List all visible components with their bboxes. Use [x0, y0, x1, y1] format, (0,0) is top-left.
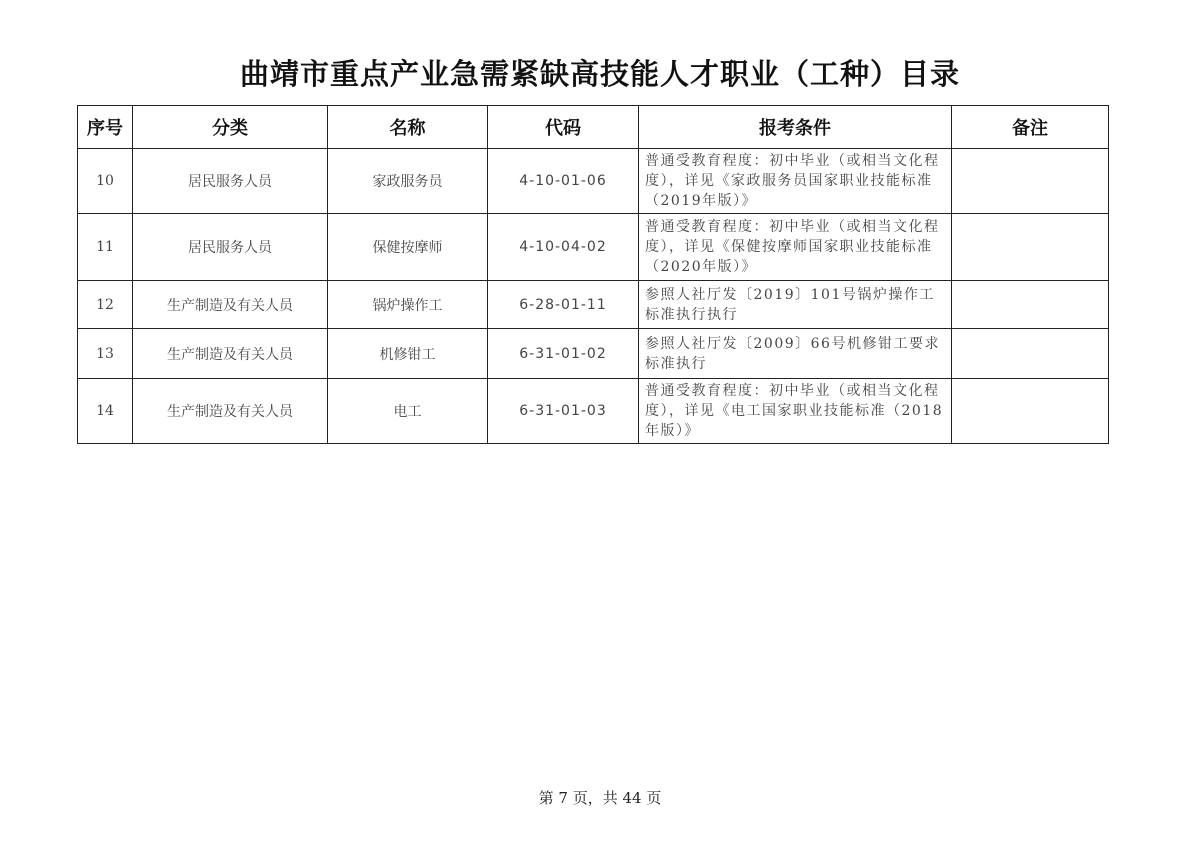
cell-code: 6-28-01-11: [488, 281, 639, 329]
cell-conditions: 参照人社厅发〔2019〕101号锅炉操作工标准执行执行: [639, 281, 952, 329]
cell-name: 锅炉操作工: [328, 281, 488, 329]
cell-code: 4-10-04-02: [488, 214, 639, 281]
header-category: 分类: [133, 106, 328, 149]
cell-name: 电工: [328, 379, 488, 444]
table-row: 11 居民服务人员 保健按摩师 4-10-04-02 普通受教育程度：初中毕业（…: [78, 214, 1109, 281]
page-number-footer: 第 7 页，共 44 页: [0, 787, 1200, 808]
occupation-catalog-table: 序号 分类 名称 代码 报考条件 备注 10 居民服务人员 家政服务员 4-10…: [77, 105, 1109, 444]
cell-conditions: 普通受教育程度：初中毕业（或相当文化程度），详见《保健按摩师国家职业技能标准（2…: [639, 214, 952, 281]
cell-category: 居民服务人员: [133, 214, 328, 281]
cell-name: 保健按摩师: [328, 214, 488, 281]
cell-index: 11: [78, 214, 133, 281]
cell-conditions: 普通受教育程度：初中毕业（或相当文化程度），详见《电工国家职业技能标准（2018…: [639, 379, 952, 444]
cell-code: 6-31-01-02: [488, 329, 639, 379]
cell-notes: [952, 379, 1109, 444]
table-row: 10 居民服务人员 家政服务员 4-10-01-06 普通受教育程度：初中毕业（…: [78, 149, 1109, 214]
cell-category: 生产制造及有关人员: [133, 281, 328, 329]
table-row: 12 生产制造及有关人员 锅炉操作工 6-28-01-11 参照人社厅发〔201…: [78, 281, 1109, 329]
cell-category: 生产制造及有关人员: [133, 329, 328, 379]
cell-index: 14: [78, 379, 133, 444]
table-header-row: 序号 分类 名称 代码 报考条件 备注: [78, 106, 1109, 149]
header-index: 序号: [78, 106, 133, 149]
header-code: 代码: [488, 106, 639, 149]
table-row: 13 生产制造及有关人员 机修钳工 6-31-01-02 参照人社厅发〔2009…: [78, 329, 1109, 379]
cell-code: 6-31-01-03: [488, 379, 639, 444]
cell-conditions: 参照人社厅发〔2009〕66号机修钳工要求标准执行: [639, 329, 952, 379]
document-title: 曲靖市重点产业急需紧缺高技能人才职业（工种）目录: [0, 52, 1200, 93]
header-name: 名称: [328, 106, 488, 149]
cell-category: 生产制造及有关人员: [133, 379, 328, 444]
cell-index: 12: [78, 281, 133, 329]
cell-conditions: 普通受教育程度：初中毕业（或相当文化程度），详见《家政服务员国家职业技能标准（2…: [639, 149, 952, 214]
cell-category: 居民服务人员: [133, 149, 328, 214]
cell-notes: [952, 281, 1109, 329]
table-row: 14 生产制造及有关人员 电工 6-31-01-03 普通受教育程度：初中毕业（…: [78, 379, 1109, 444]
cell-name: 机修钳工: [328, 329, 488, 379]
cell-name: 家政服务员: [328, 149, 488, 214]
cell-notes: [952, 149, 1109, 214]
header-conditions: 报考条件: [639, 106, 952, 149]
cell-index: 10: [78, 149, 133, 214]
cell-notes: [952, 214, 1109, 281]
header-notes: 备注: [952, 106, 1109, 149]
cell-notes: [952, 329, 1109, 379]
cell-index: 13: [78, 329, 133, 379]
cell-code: 4-10-01-06: [488, 149, 639, 214]
